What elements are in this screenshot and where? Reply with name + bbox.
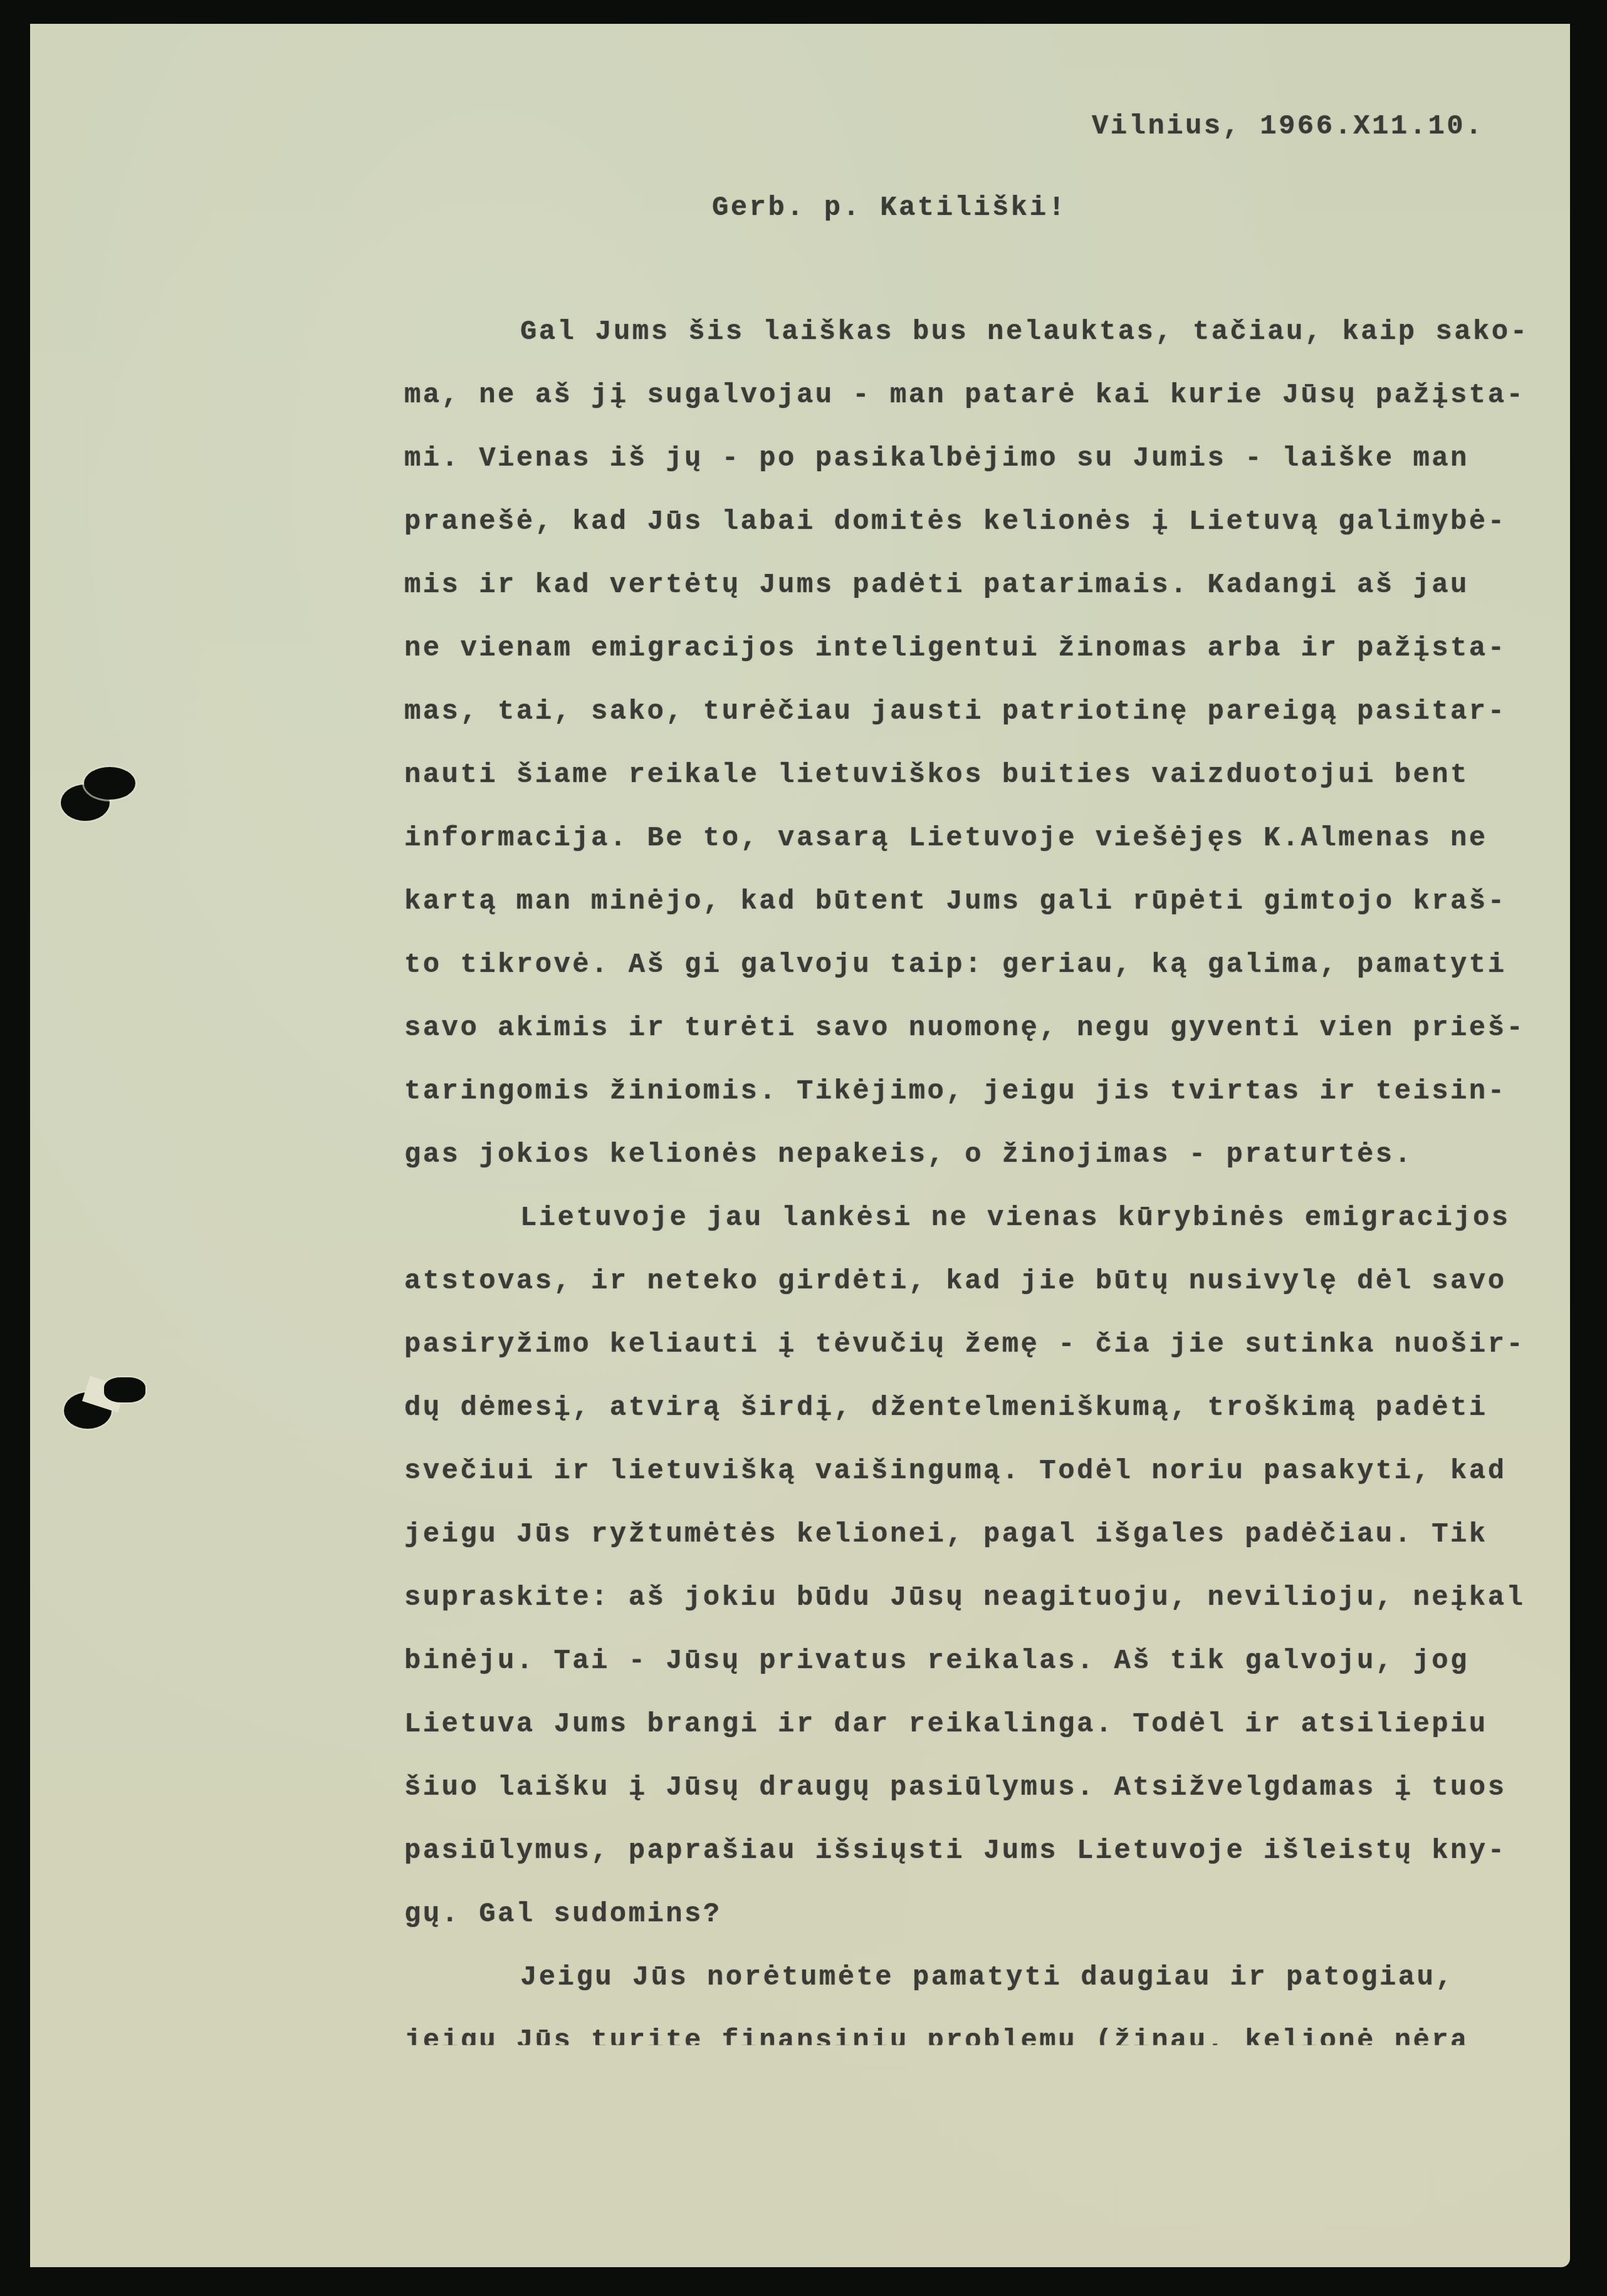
letter-line: pranešė, kad Jūs labai domitės kelionės … xyxy=(404,508,1506,536)
letter-line: taringomis žiniomis. Tikėjimo, jeigu jis… xyxy=(404,1078,1506,1105)
letter-line: mis ir kad vertėtų Jums padėti patarimai… xyxy=(404,571,1469,599)
letter-line: dų dėmesį, atvirą širdį, džentelmeniškum… xyxy=(404,1394,1488,1422)
letter-line: informacija. Be to, vasarą Lietuvoje vie… xyxy=(404,825,1488,852)
letter-line: savo akimis ir turėti savo nuomonę, negu… xyxy=(404,1015,1525,1042)
binder-hole xyxy=(84,767,135,800)
letter-line: binėju. Tai - Jūsų privatus reikalas. Aš… xyxy=(404,1647,1469,1675)
letter-line: mas, tai, sako, turėčiau jausti patrioti… xyxy=(404,698,1506,726)
letter-line: gų. Gal sudomins? xyxy=(404,1901,722,1928)
letter-line: mi. Vienas iš jų - po pasikalbėjimo su J… xyxy=(404,445,1469,472)
letter-line: Lietuva Jums brangi ir dar reikalinga. T… xyxy=(404,1711,1488,1738)
letter-line: to tikrovė. Aš gi galvoju taip: geriau, … xyxy=(404,951,1506,979)
letter-line: pasiryžimo keliauti į tėvučių žemę - čia… xyxy=(404,1331,1525,1359)
letter-line: ne vienam emigracijos inteligentui žinom… xyxy=(404,635,1506,662)
letter-line: šiuo laišku į Jūsų draugų pasiūlymus. At… xyxy=(404,1774,1506,1802)
letter-salutation: Gerb. p. Katiliški! xyxy=(712,194,1067,222)
letter-line: Jeigu Jūs norėtumėte pamatyti daugiau ir… xyxy=(520,1964,1454,1991)
letter-line: nauti šiame reikale lietuviškos buities … xyxy=(404,761,1469,789)
letter-line: gas jokios kelionės nepakeis, o žinojima… xyxy=(404,1141,1413,1169)
letter-line: Lietuvoje jau lankėsi ne vienas kūrybinė… xyxy=(520,1204,1510,1232)
letter-line: kartą man minėjo, kad būtent Jums gali r… xyxy=(404,888,1506,916)
letter-line: svečiui ir lietuvišką vaišingumą. Todėl … xyxy=(404,1458,1506,1485)
letter-line: pasiūlymus, paprašiau išsiųsti Jums Liet… xyxy=(404,1837,1506,1865)
letter-line: supraskite: aš jokiu būdu Jūsų neagituoj… xyxy=(404,1584,1525,1612)
letter-line: Gal Jums šis laiškas bus nelauktas, tači… xyxy=(520,318,1529,346)
letter-line: atstovas, ir neteko girdėti, kad jie būt… xyxy=(404,1268,1506,1295)
binder-hole xyxy=(104,1377,145,1402)
letter-line: ma, ne aš jį sugalvojau - man patarė kai… xyxy=(404,382,1525,409)
letter-date: Vilnius, 1966.X11.10. xyxy=(1092,113,1484,140)
letter-line: jeigu Jūs ryžtumėtės kelionei, pagal išg… xyxy=(404,1521,1488,1548)
